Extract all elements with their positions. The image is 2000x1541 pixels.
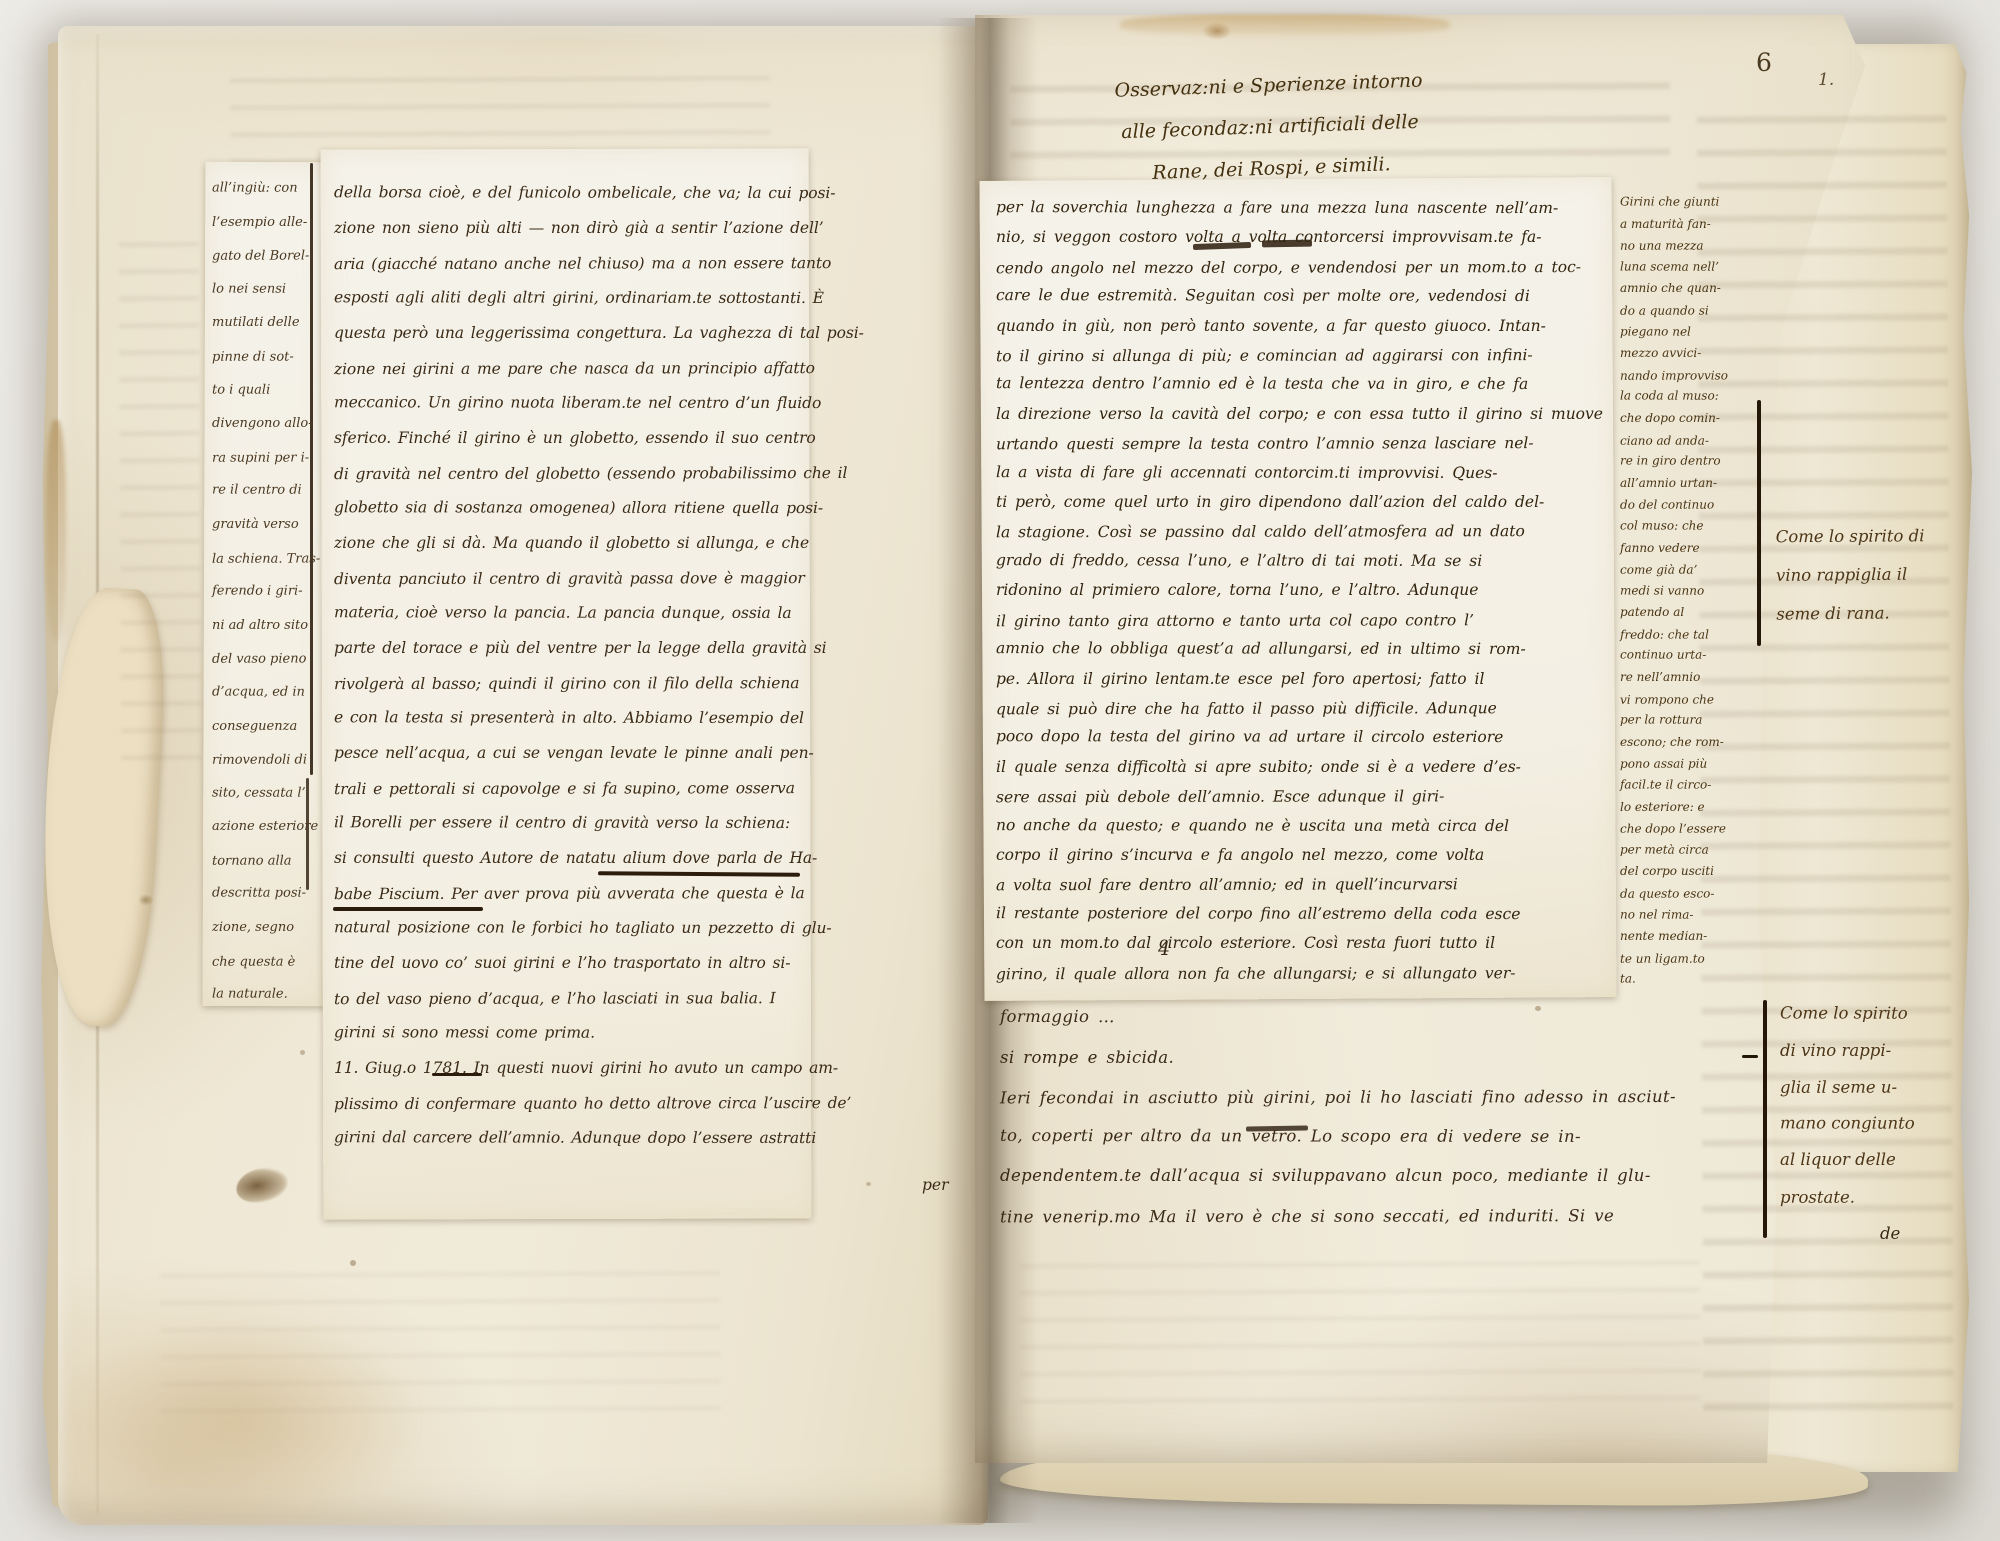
text-line: urtando questi sempre la testa contro l’… — [996, 429, 1600, 460]
text-line: descritta posi- — [212, 877, 330, 911]
text-line: meccanico. Un girino nuota liberam.te ne… — [334, 385, 804, 421]
text-line: zione che gli si dà. Ma quando il globet… — [334, 526, 804, 561]
text-line: do a quando si — [1620, 300, 1748, 322]
text-line: al liquor delle — [1780, 1142, 1980, 1179]
text-line: rivolgerà al basso; quindi il girino con… — [334, 666, 804, 702]
text-line: trali e pettorali si capovolge e si fa s… — [334, 771, 804, 807]
slip-page-number: 4 — [1158, 938, 1170, 960]
text-line: esposti agli aliti degli altri girini, o… — [334, 280, 804, 316]
manuscript-photo: all’ingiù: conl’esempio alle-gato del Bo… — [0, 0, 2000, 1541]
text-line: formaggio … — [1000, 997, 1790, 1038]
text-line: tine del uovo co’ suoi girini e l’ho tra… — [334, 946, 804, 981]
text-line: che questa è — [212, 945, 330, 979]
text-line: lo esteriore: e — [1620, 797, 1748, 819]
text-line: materia, cioè verso la pancia. La pancia… — [334, 595, 804, 631]
text-line: per la rottura — [1620, 710, 1748, 732]
right-margin-note: Girini che giuntia maturità fan-no una m… — [1620, 192, 1748, 991]
text-line: seme di rana. — [1776, 594, 1968, 634]
text-line: col muso: che — [1620, 515, 1748, 537]
text-line: luna scema nell’ — [1620, 256, 1748, 278]
text-line: ta lentezza dentro l’amnio ed è la testa… — [996, 370, 1600, 400]
text-line: sere assai più debole dell’amnio. Esce a… — [996, 782, 1600, 813]
text-line: to, coperti per altro da un vetro. Lo sc… — [1000, 1115, 1790, 1156]
text-line: amnio che lo obbliga quest’a ad allungar… — [996, 634, 1600, 664]
text-line: facil.te il circo- — [1620, 775, 1748, 797]
text-line: d’acqua, ed in — [212, 675, 330, 709]
right-below-slip-text: formaggio …si rompe e sbicida.Ieri fecon… — [1000, 998, 1790, 1235]
text-line: della borsa cioè, e del funicolo ombelic… — [334, 175, 804, 211]
foxing-speck — [866, 1182, 871, 1186]
text-line: girini dal carcere dell’amnio. Adunque d… — [334, 1120, 804, 1156]
text-line: escono; che rom- — [1620, 732, 1748, 754]
text-line: pe. Allora il girino lentam.te esce pel … — [996, 665, 1600, 694]
text-line: del vaso pieno — [212, 643, 330, 677]
note-bracket-line — [1757, 400, 1761, 646]
text-line: di vino rappi- — [1780, 1033, 1980, 1070]
corner-aging — [60, 1320, 420, 1520]
text-line: babe Piscium. Per aver prova più avverat… — [334, 876, 804, 912]
text-line: pinne di sot- — [212, 340, 330, 374]
text-line: sito, cessata l’ — [212, 776, 330, 810]
side-note-spirito-umano: Come lo spiritodi vino rappi-glia il sem… — [1780, 996, 1980, 1215]
text-line: l’esempio alle- — [212, 206, 330, 240]
text-line: gravità verso — [212, 508, 330, 542]
text-line: ti però, come quel urto in giro dipendon… — [996, 488, 1600, 517]
edge-stain — [46, 420, 66, 640]
text-line: re nell’amnio — [1620, 667, 1748, 689]
folio-number: 6 — [1756, 48, 1772, 77]
text-line: natural posizione con le forbici ho tagl… — [334, 910, 804, 946]
text-line: vi rompono che — [1620, 689, 1748, 711]
text-line: 11. Giug.o 1781. In questi nuovi girini … — [334, 1051, 804, 1086]
edge-stain — [1120, 14, 1450, 36]
text-line: con un mom.to dal circolo esteriore. Cos… — [996, 929, 1600, 958]
text-line: il Borelli per essere il centro di gravi… — [334, 805, 804, 841]
text-line: parte del torace e più del ventre per la… — [334, 631, 804, 666]
text-line: re il centro di — [212, 474, 330, 508]
foxing-speck — [300, 1050, 305, 1055]
page-title: Osservaz:ni e Sperienze intornoalle feco… — [1078, 59, 1462, 195]
text-line: nio, si veggon costoro volta a volta con… — [996, 223, 1600, 252]
text-line: do del continuo — [1620, 495, 1748, 517]
text-line: per la soverchia lunghezza a fare una me… — [996, 193, 1600, 223]
text-line: pono assai più — [1620, 754, 1748, 776]
text-line: zione non sieno più alti — non dirò già … — [334, 211, 804, 246]
text-line: patendo al — [1620, 602, 1748, 624]
text-line: che dopo comin- — [1620, 408, 1748, 430]
text-line: ra supini per i- — [212, 441, 330, 475]
right-main-text: per la soverchia lunghezza a fare una me… — [996, 194, 1600, 988]
text-line: mutilati delle — [212, 306, 330, 340]
text-line: del corpo usciti — [1620, 861, 1748, 883]
text-line: globetto sia di sostanza omogenea) allor… — [334, 490, 804, 526]
showthrough-right-bottom — [1020, 1238, 1701, 1422]
text-line: pesce nell’acqua, a cui se vengan levate… — [334, 736, 804, 771]
text-line: girino, il quale allora non fa che allun… — [996, 959, 1600, 990]
text-line: all’amnio urtan- — [1620, 473, 1748, 495]
text-line: a maturità fan- — [1620, 214, 1748, 236]
foxing-speck — [350, 1260, 356, 1266]
text-line: per metà circa — [1620, 839, 1748, 861]
text-line: la direzione verso la cavità del corpo; … — [996, 400, 1600, 429]
text-line: sferico. Finché il girino è un globetto,… — [334, 421, 804, 456]
text-line: continuo urta- — [1620, 645, 1748, 667]
text-line: ta. — [1620, 969, 1748, 991]
text-line: azione esteriore — [212, 810, 330, 844]
text-line: medi si vanno — [1620, 580, 1748, 602]
text-line: mezzo avvici- — [1620, 343, 1748, 365]
text-line: si rompe e sbicida. — [1000, 1038, 1790, 1078]
text-line: to del vaso pieno d’acqua, e l’ho lascia… — [334, 981, 804, 1017]
text-line: la coda al muso: — [1620, 386, 1748, 408]
text-line: come già da’ — [1620, 560, 1748, 582]
text-line: a volta suol fare dentro all’amnio; ed i… — [996, 870, 1600, 901]
text-line: quale si può dire che ha fatto il passo … — [996, 694, 1600, 725]
text-line: vino rappiglia il — [1776, 555, 1968, 595]
text-line: che dopo l’essere — [1620, 819, 1748, 841]
text-line: fanno vedere — [1620, 538, 1748, 560]
left-catchword: per — [922, 1176, 949, 1194]
text-line: Come lo spirito di — [1776, 517, 1968, 556]
text-line: prostate. — [1780, 1179, 1980, 1216]
text-line: to il girino si allunga di più; e cominc… — [996, 341, 1600, 372]
text-line: Girini che giunti — [1620, 191, 1748, 213]
text-line: nente median- — [1620, 926, 1748, 948]
text-line: e con la testa si presenterà in alto. Ab… — [334, 700, 804, 736]
text-line: di gravità nel centro del globetto (esse… — [334, 456, 804, 492]
text-line: questa però una leggerissima congettura.… — [334, 316, 804, 351]
text-line: ridonino al primiero calore, torna l’uno… — [996, 576, 1600, 605]
text-line: zione nei girini a me pare che nasca da … — [334, 351, 804, 387]
text-line: no una mezza — [1620, 236, 1748, 258]
text-line: no anche da questo; e quando ne è uscita… — [996, 811, 1600, 841]
text-line: glia il seme u- — [1780, 1069, 1980, 1106]
side-note-spirito-rana: Come lo spirito divino rappiglia ilseme … — [1776, 517, 1969, 633]
stain-spot — [138, 894, 154, 906]
text-line: tornano alla — [212, 844, 330, 878]
text-line: plissimo di confermare quanto ho detto a… — [334, 1086, 804, 1122]
text-line: la a vista di fare gli accennati contorc… — [996, 458, 1600, 488]
text-line: dependentem.te dall’acqua si sviluppavan… — [1000, 1156, 1790, 1196]
text-line: diventa panciuto il centro di gravità pa… — [334, 561, 804, 597]
text-line: freddo: che tal — [1620, 624, 1748, 646]
right-catchword: de — [1880, 1224, 1900, 1243]
text-line: all’ingiù: con — [212, 171, 330, 205]
text-line: il restante posteriore del corpo fino al… — [996, 899, 1600, 929]
text-line: il girino tanto gira attorno e tanto urt… — [996, 606, 1600, 637]
text-line: piegano nel — [1620, 321, 1748, 343]
text-line: divengono allo- — [212, 407, 330, 441]
text-line: cendo angolo nel mezzo del corpo, e vend… — [996, 253, 1600, 284]
text-line: il quale senza difficoltà si apre subito… — [996, 753, 1600, 782]
text-line: Ieri fecondai in asciutto più girini, po… — [1000, 1077, 1790, 1118]
folio-number-secondary: 1. — [1818, 70, 1834, 90]
text-line: zione, segno — [212, 911, 330, 945]
text-line: Come lo spirito — [1780, 995, 1980, 1032]
text-line: la stagione. Così se passino dal caldo d… — [996, 517, 1600, 548]
text-line: lo nei sensi — [212, 272, 330, 306]
text-line: girini si sono messi come prima. — [334, 1015, 804, 1051]
text-line: nando improvviso — [1620, 365, 1748, 387]
text-line: ferendo i giri- — [212, 575, 330, 609]
text-line: corpo il girino s’incurva e fa angolo ne… — [996, 841, 1600, 870]
text-line: conseguenza — [212, 710, 330, 744]
text-line: no nel rima- — [1620, 904, 1748, 926]
text-line: care le due estremità. Seguitan così per… — [996, 281, 1600, 311]
text-line: rimovendoli di — [212, 744, 330, 778]
text-line: quando in giù, non però tanto sovente, a… — [996, 312, 1600, 341]
text-line: grado di freddo, cessa l’uno, e l’altro … — [996, 546, 1600, 576]
text-line: ni ad altro sito — [212, 609, 330, 643]
text-line: poco dopo la testa del girino va ad urta… — [996, 722, 1600, 752]
left-margin-note: all’ingiù: conl’esempio alle-gato del Bo… — [212, 172, 330, 1012]
text-line: la naturale. — [212, 978, 330, 1012]
showthrough-left-margin — [119, 220, 202, 780]
text-line: re in giro dentro — [1620, 451, 1748, 473]
text-line: amnio che quan- — [1620, 278, 1748, 300]
text-line: gato del Borel- — [212, 240, 330, 274]
text-line: si consulti questo Autore de natatu aliu… — [334, 841, 804, 876]
text-line: tine venerip.mo Ma il vero è che si sono… — [1000, 1195, 1790, 1236]
text-line: mano congiunto — [1780, 1105, 1980, 1142]
text-line: te un ligam.to — [1620, 948, 1748, 970]
text-line: la schiena. Tras- — [212, 542, 330, 576]
text-line: to i quali — [212, 373, 330, 407]
text-line: da questo esco- — [1620, 883, 1748, 905]
left-main-text: della borsa cioè, e del funicolo ombelic… — [334, 176, 804, 1156]
text-line: aria (giacché natano anche nel chiuso) m… — [334, 246, 804, 282]
text-line: ciano ad anda- — [1620, 430, 1748, 452]
